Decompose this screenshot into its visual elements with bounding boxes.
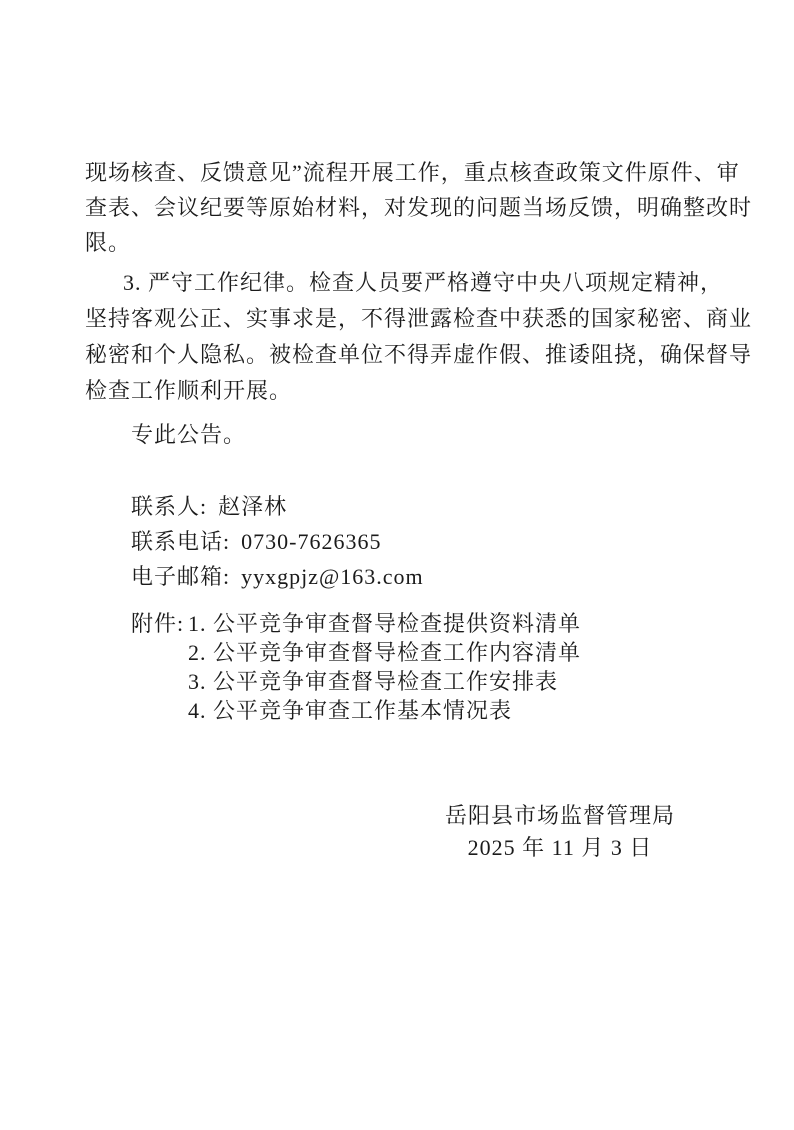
contact-person-label: 联系人: — [131, 494, 207, 519]
signature-organization: 岳阳县市场监督管理局 — [345, 800, 775, 832]
body-line: 坚持客观公正、实事求是，不得泄露检查中获悉的国家秘密、商业 — [85, 301, 757, 337]
contact-person: 联系人:赵泽林 — [85, 489, 757, 524]
announcement-page: 现场核查、反馈意见”流程开展工作，重点核查政策文件原件、审 查表、会议纪要等原始… — [0, 0, 794, 1130]
signature-date: 2025 年 11 月 3 日 — [345, 832, 775, 864]
signature-block: 岳阳县市场监督管理局 2025 年 11 月 3 日 — [345, 800, 775, 864]
closing-statement: 专此公告。 — [85, 417, 757, 452]
contact-email-label: 电子邮箱: — [131, 564, 230, 589]
attachments-block: 附件: 1. 公平竞争审查督导检查提供资料清单 2. 公平竞争审查督导检查工作内… — [85, 609, 757, 725]
body-line: 检查工作顺利开展。 — [85, 373, 757, 409]
body-line: 查表、会议纪要等原始材料，对发现的问题当场反馈，明确整改时 — [85, 190, 757, 225]
contact-email: 电子邮箱:yyxgpjz@163.com — [85, 559, 757, 594]
body-line: 3. 严守工作纪律。检查人员要严格遵守中央八项规定精神， — [85, 265, 757, 301]
contact-phone: 联系电话:0730-7626365 — [85, 524, 757, 559]
contact-person-value: 赵泽林 — [218, 494, 287, 519]
attachment-item: 4. 公平竞争审查工作基本情况表 — [188, 696, 581, 725]
contact-phone-label: 联系电话: — [131, 529, 230, 554]
contact-email-value: yyxgpjz@163.com — [241, 564, 424, 589]
body-line: 秘密和个人隐私。被检查单位不得弄虚作假、推诿阻挠，确保督导 — [85, 337, 757, 373]
paragraph-1: 现场核查、反馈意见”流程开展工作，重点核查政策文件原件、审 查表、会议纪要等原始… — [85, 155, 757, 260]
body-line: 限。 — [85, 225, 757, 260]
contact-block: 联系人:赵泽林 联系电话:0730-7626365 电子邮箱:yyxgpjz@1… — [85, 489, 757, 594]
body-line: 现场核查、反馈意见”流程开展工作，重点核查政策文件原件、审 — [85, 155, 757, 190]
attachments-list: 1. 公平竞争审查督导检查提供资料清单 2. 公平竞争审查督导检查工作内容清单 … — [188, 609, 581, 725]
contact-phone-value: 0730-7626365 — [241, 529, 381, 554]
attachments-label: 附件: — [131, 609, 188, 638]
body-line: 专此公告。 — [85, 417, 757, 452]
paragraph-2: 3. 严守工作纪律。检查人员要严格遵守中央八项规定精神， 坚持客观公正、实事求是… — [85, 265, 757, 409]
attachment-item: 1. 公平竞争审查督导检查提供资料清单 — [188, 609, 581, 638]
attachment-item: 3. 公平竞争审查督导检查工作安排表 — [188, 667, 581, 696]
attachment-item: 2. 公平竞争审查督导检查工作内容清单 — [188, 638, 581, 667]
